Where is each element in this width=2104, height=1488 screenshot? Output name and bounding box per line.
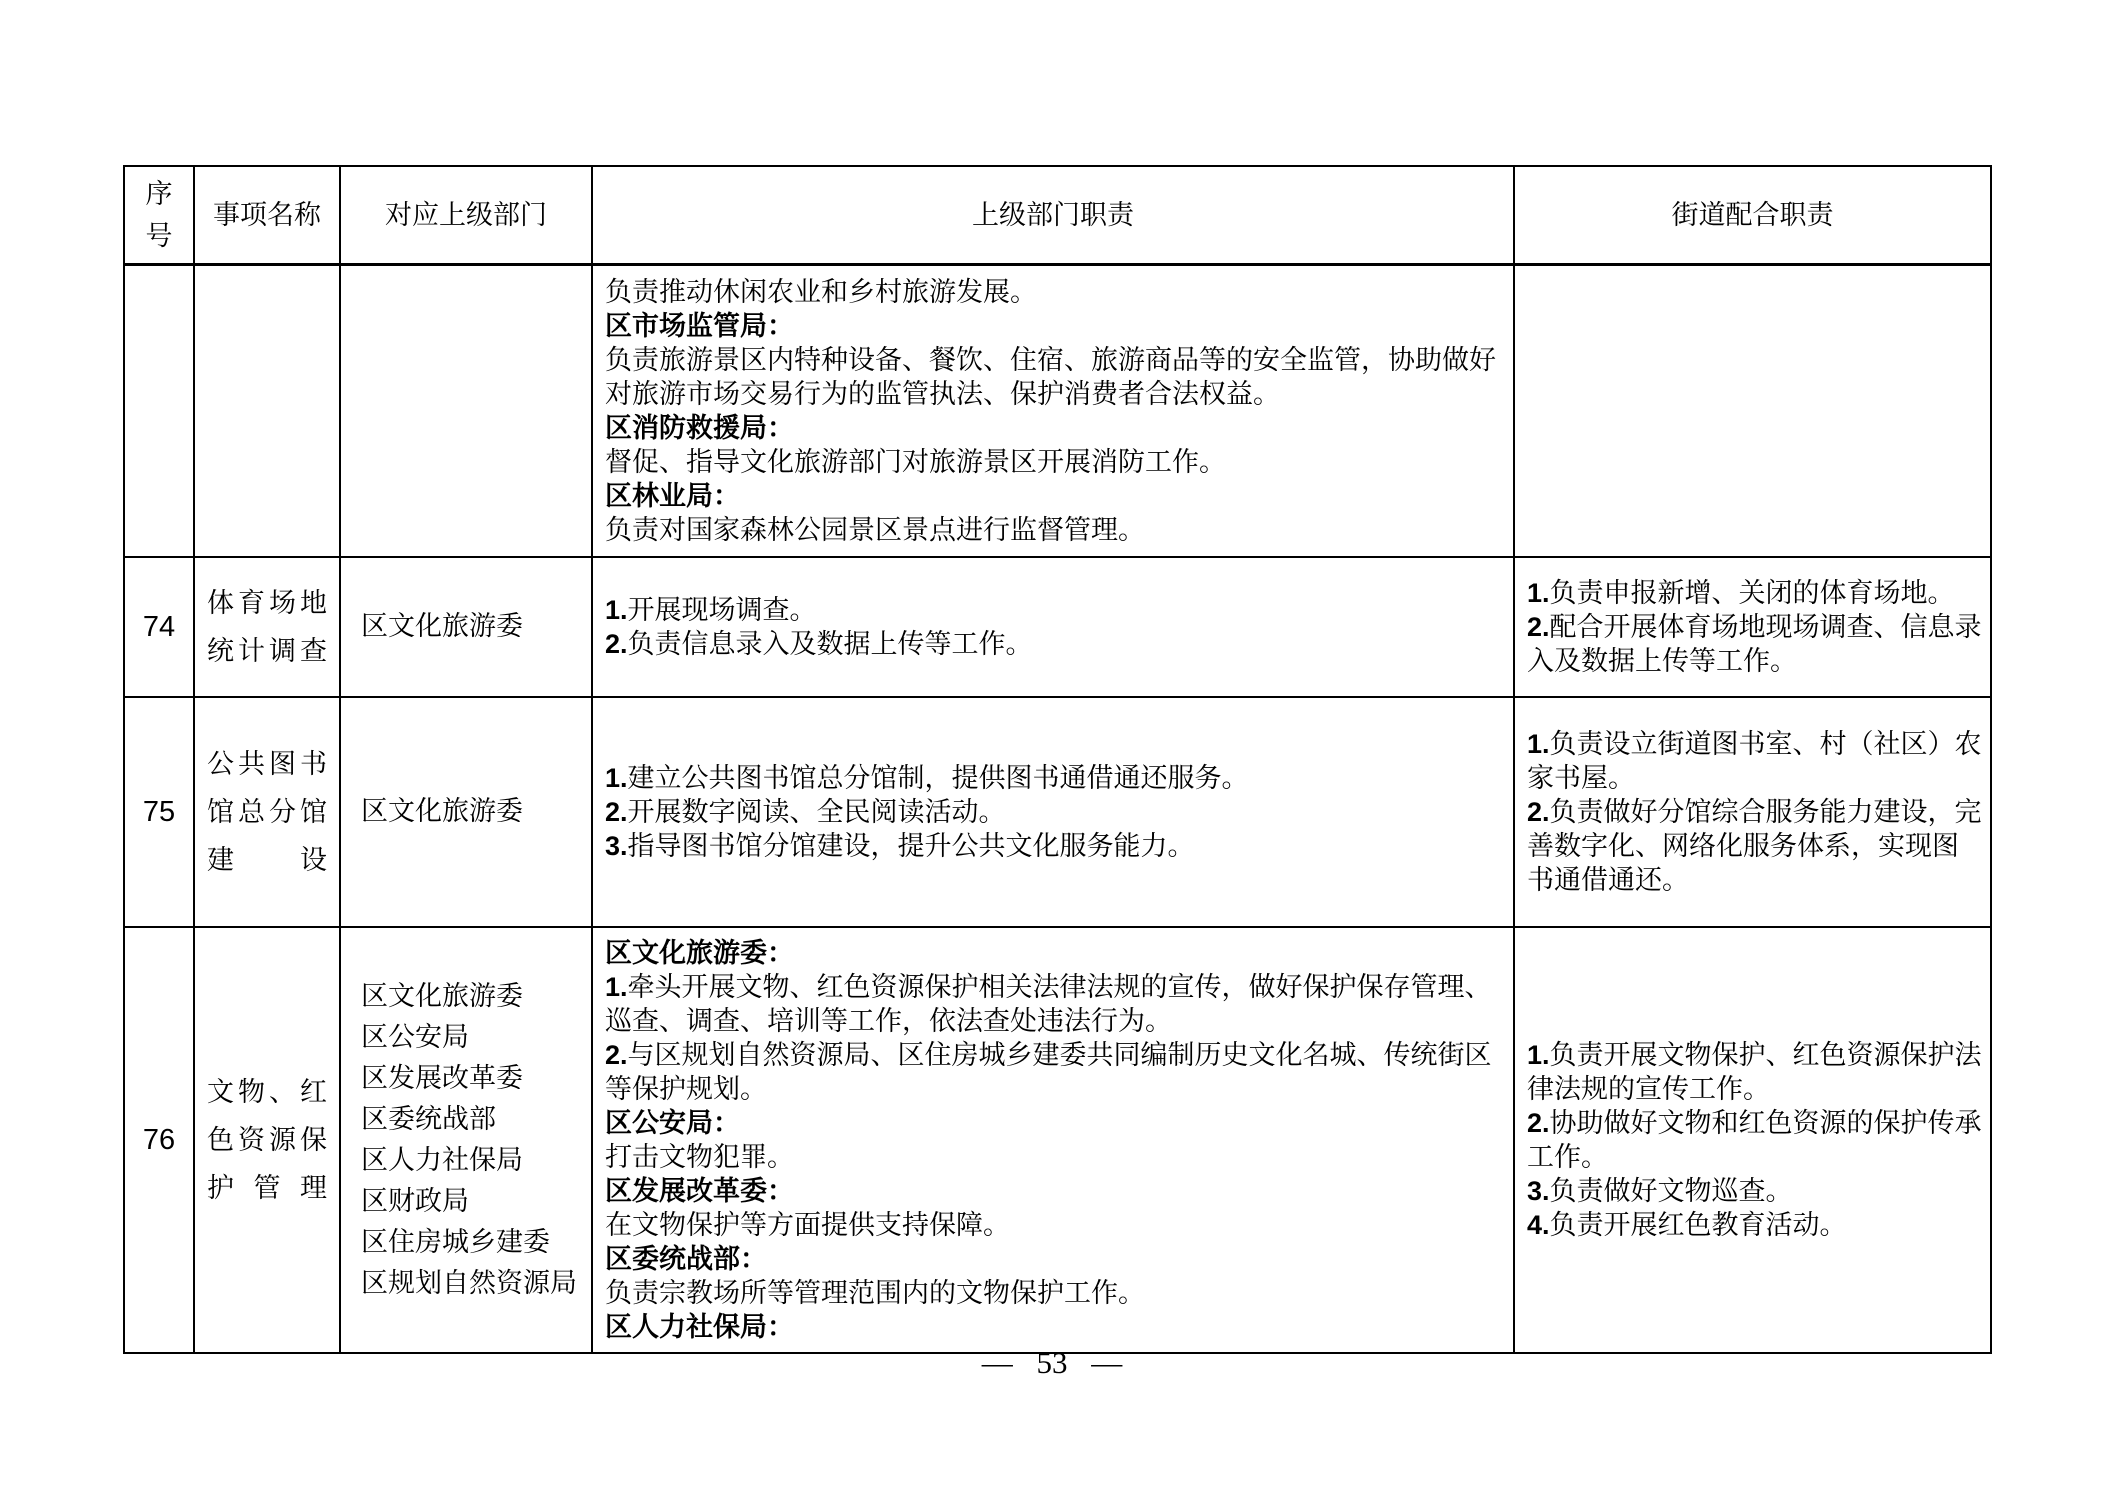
item-name-text: 体育场地统计调查 <box>207 579 327 675</box>
superior-department-cell: 区文化旅游委区公安局区发展改革委区委统战部区人力社保局区财政局区住房城乡建委区规… <box>340 927 592 1353</box>
header-row: 序号 事项名称 对应上级部门 上级部门职责 街道配合职责 <box>124 166 1991 265</box>
item-number: 2. <box>1527 797 1550 827</box>
street-duty-cell <box>1514 265 1991 557</box>
item-name-text: 公共图书馆总分馆建设 <box>207 740 327 884</box>
duty-heading-line: 区人力社保局： <box>605 1310 1505 1344</box>
item-number: 2. <box>605 629 628 659</box>
header-cell-index: 序号 <box>124 166 194 265</box>
duty-line: 负责旅游景区内特种设备、餐饮、住宿、旅游商品等的安全监管，协助做好对旅游市场交易… <box>605 343 1505 411</box>
item-name-cell: 体育场地统计调查 <box>194 557 340 697</box>
header-cell-superior-department: 对应上级部门 <box>340 166 592 265</box>
duty-line: 2.协助做好文物和红色资源的保护传承工作。 <box>1527 1106 1982 1174</box>
row-number-cell: 75 <box>124 697 194 927</box>
duty-line: 4.负责开展红色教育活动。 <box>1527 1208 1982 1242</box>
superior-department-cell <box>340 265 592 557</box>
duty-line: 1.负责开展文物保护、红色资源保护法律法规的宣传工作。 <box>1527 1038 1982 1106</box>
item-number: 2. <box>1527 1108 1550 1138</box>
item-number: 3. <box>1527 1176 1550 1206</box>
duty-line: 负责宗教场所等管理范围内的文物保护工作。 <box>605 1276 1505 1310</box>
duty-heading-line: 区消防救援局： <box>605 411 1505 445</box>
duty-line: 负责推动休闲农业和乡村旅游发展。 <box>605 275 1505 309</box>
duty-line: 2.与区规划自然资源局、区住房城乡建委共同编制历史文化名城、传统街区等保护规划。 <box>605 1038 1505 1106</box>
duty-heading-line: 区公安局： <box>605 1106 1505 1140</box>
duty-line: 2.负责信息录入及数据上传等工作。 <box>605 627 1505 661</box>
item-number: 1. <box>605 595 628 625</box>
street-duty-cell: 1.负责开展文物保护、红色资源保护法律法规的宣传工作。2.协助做好文物和红色资源… <box>1514 927 1991 1353</box>
row-number-cell: 74 <box>124 557 194 697</box>
item-number: 3. <box>605 831 628 861</box>
header-cell-street-duties: 街道配合职责 <box>1514 166 1991 265</box>
row-number-cell: 76 <box>124 927 194 1353</box>
superior-duty-cell: 区文化旅游委：1.牵头开展文物、红色资源保护相关法律法规的宣传，做好保护保存管理… <box>592 927 1514 1353</box>
table-row: 75公共图书馆总分馆建设区文化旅游委1.建立公共图书馆总分馆制，提供图书通借通还… <box>124 697 1991 927</box>
item-number: 4. <box>1527 1210 1550 1240</box>
item-number: 2. <box>605 797 628 827</box>
department-name: 区公安局 <box>361 1017 581 1058</box>
duty-line: 3.指导图书馆分馆建设，提升公共文化服务能力。 <box>605 829 1505 863</box>
duty-line: 督促、指导文化旅游部门对旅游景区开展消防工作。 <box>605 445 1505 479</box>
department-name: 区委统战部 <box>361 1099 581 1140</box>
document-page: 序号 事项名称 对应上级部门 上级部门职责 街道配合职责 负责推动休闲农业和乡村… <box>0 0 2104 1488</box>
item-name-text: 文物、红色资源保护管理 <box>207 1068 327 1212</box>
item-number: 1. <box>605 972 628 1002</box>
duty-line: 1.牵头开展文物、红色资源保护相关法律法规的宣传，做好保护保存管理、巡查、调查、… <box>605 970 1505 1038</box>
duty-line: 2.开展数字阅读、全民阅读活动。 <box>605 795 1505 829</box>
duty-heading-line: 区市场监管局： <box>605 309 1505 343</box>
table-row: 负责推动休闲农业和乡村旅游发展。区市场监管局：负责旅游景区内特种设备、餐饮、住宿… <box>124 265 1991 557</box>
duty-line: 2.配合开展体育场地现场调查、信息录入及数据上传等工作。 <box>1527 610 1982 678</box>
table-row: 74体育场地统计调查区文化旅游委1.开展现场调查。2.负责信息录入及数据上传等工… <box>124 557 1991 697</box>
duty-heading-line: 区发展改革委： <box>605 1174 1505 1208</box>
superior-department-cell: 区文化旅游委 <box>340 697 592 927</box>
superior-duty-cell: 1.建立公共图书馆总分馆制，提供图书通借通还服务。2.开展数字阅读、全民阅读活动… <box>592 697 1514 927</box>
duty-heading-line: 区委统战部： <box>605 1242 1505 1276</box>
duty-line: 1.开展现场调查。 <box>605 593 1505 627</box>
department-name: 区住房城乡建委 <box>361 1222 581 1263</box>
header-cell-item-name: 事项名称 <box>194 166 340 265</box>
duty-line: 在文物保护等方面提供支持保障。 <box>605 1208 1505 1242</box>
superior-duty-cell: 负责推动休闲农业和乡村旅游发展。区市场监管局：负责旅游景区内特种设备、餐饮、住宿… <box>592 265 1514 557</box>
document-table: 序号 事项名称 对应上级部门 上级部门职责 街道配合职责 负责推动休闲农业和乡村… <box>123 165 1992 1354</box>
item-name-cell: 文物、红色资源保护管理 <box>194 927 340 1353</box>
header-index-label: 序号 <box>143 173 174 257</box>
superior-department-cell: 区文化旅游委 <box>340 557 592 697</box>
table-row: 76文物、红色资源保护管理区文化旅游委区公安局区发展改革委区委统战部区人力社保局… <box>124 927 1991 1353</box>
street-duty-cell: 1.负责设立街道图书室、村（社区）农家书屋。2.负责做好分馆综合服务能力建设，完… <box>1514 697 1991 927</box>
duty-line: 1.负责申报新增、关闭的体育场地。 <box>1527 576 1982 610</box>
item-number: 1. <box>1527 729 1550 759</box>
item-name-cell <box>194 265 340 557</box>
duty-line: 1.负责设立街道图书室、村（社区）农家书屋。 <box>1527 727 1982 795</box>
duty-heading-line: 区林业局： <box>605 479 1505 513</box>
item-number: 1. <box>1527 1040 1550 1070</box>
duty-line: 1.建立公共图书馆总分馆制，提供图书通借通还服务。 <box>605 761 1505 795</box>
header-cell-superior-duties: 上级部门职责 <box>592 166 1514 265</box>
row-number-cell <box>124 265 194 557</box>
superior-duty-cell: 1.开展现场调查。2.负责信息录入及数据上传等工作。 <box>592 557 1514 697</box>
department-name: 区规划自然资源局 <box>361 1263 581 1304</box>
street-duty-cell: 1.负责申报新增、关闭的体育场地。2.配合开展体育场地现场调查、信息录入及数据上… <box>1514 557 1991 697</box>
department-name: 区财政局 <box>361 1181 581 1222</box>
item-number: 2. <box>1527 612 1550 642</box>
department-name: 区发展改革委 <box>361 1058 581 1099</box>
item-number: 2. <box>605 1040 628 1070</box>
item-number: 1. <box>1527 578 1550 608</box>
page-number: — 53 — <box>0 1345 2104 1381</box>
department-name: 区文化旅游委 <box>361 976 581 1017</box>
duty-line: 2.负责做好分馆综合服务能力建设，完善数字化、网络化服务体系，实现图书通借通还。 <box>1527 795 1982 897</box>
duty-line: 3.负责做好文物巡查。 <box>1527 1174 1982 1208</box>
department-name: 区文化旅游委 <box>361 791 581 832</box>
department-name: 区人力社保局 <box>361 1140 581 1181</box>
duty-heading-line: 区文化旅游委： <box>605 936 1505 970</box>
duty-line: 打击文物犯罪。 <box>605 1140 1505 1174</box>
department-name: 区文化旅游委 <box>361 606 581 647</box>
item-name-cell: 公共图书馆总分馆建设 <box>194 697 340 927</box>
duty-line: 负责对国家森林公园景区景点进行监督管理。 <box>605 513 1505 547</box>
item-number: 1. <box>605 763 628 793</box>
